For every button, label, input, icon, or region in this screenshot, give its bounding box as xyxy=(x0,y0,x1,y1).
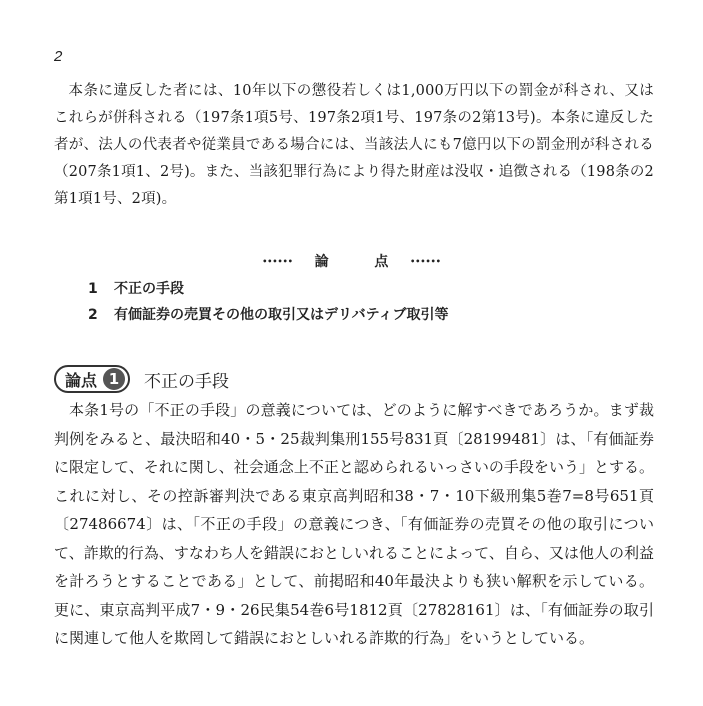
issue-number-circle: 1 xyxy=(103,368,125,390)
points-list: 1不正の手段 2有価証券の売買その他の取引又はデリバティブ取引等 xyxy=(88,276,448,328)
issue-heading: 論点 1 不正の手段 xyxy=(54,365,229,393)
issue-badge: 論点 1 xyxy=(54,365,130,393)
issue-body: 本条1号の「不正の手段」の意義については、どのように解すべきであろうか。まず裁判… xyxy=(54,396,654,653)
points-heading: •••••• 論 点 •••••• xyxy=(0,251,703,271)
issue-title: 不正の手段 xyxy=(144,367,229,392)
point-label: 有価証券の売買その他の取引又はデリバティブ取引等 xyxy=(114,307,448,323)
issue-badge-label: 論点 xyxy=(65,368,97,391)
points-heading-char-1: 論 xyxy=(315,254,329,270)
decorative-dots-left: •••••• xyxy=(262,257,293,266)
point-number: 2 xyxy=(88,302,114,328)
points-list-item: 1不正の手段 xyxy=(88,276,448,302)
point-label: 不正の手段 xyxy=(114,281,184,297)
decorative-dots-right: •••••• xyxy=(410,257,441,266)
intro-section: 本条に違反した者には、10年以下の懲役若しくは1,000万円以下の罰金が科され、… xyxy=(54,78,654,213)
intro-paragraph: 本条に違反した者には、10年以下の懲役若しくは1,000万円以下の罰金が科され、… xyxy=(54,78,654,213)
points-heading-char-2: 点 xyxy=(374,254,388,270)
point-number: 1 xyxy=(88,276,114,302)
points-list-item: 2有価証券の売買その他の取引又はデリバティブ取引等 xyxy=(88,302,448,328)
page-number: 2 xyxy=(54,48,62,65)
issue-paragraph: 本条1号の「不正の手段」の意義については、どのように解すべきであろうか。まず裁判… xyxy=(54,396,654,653)
